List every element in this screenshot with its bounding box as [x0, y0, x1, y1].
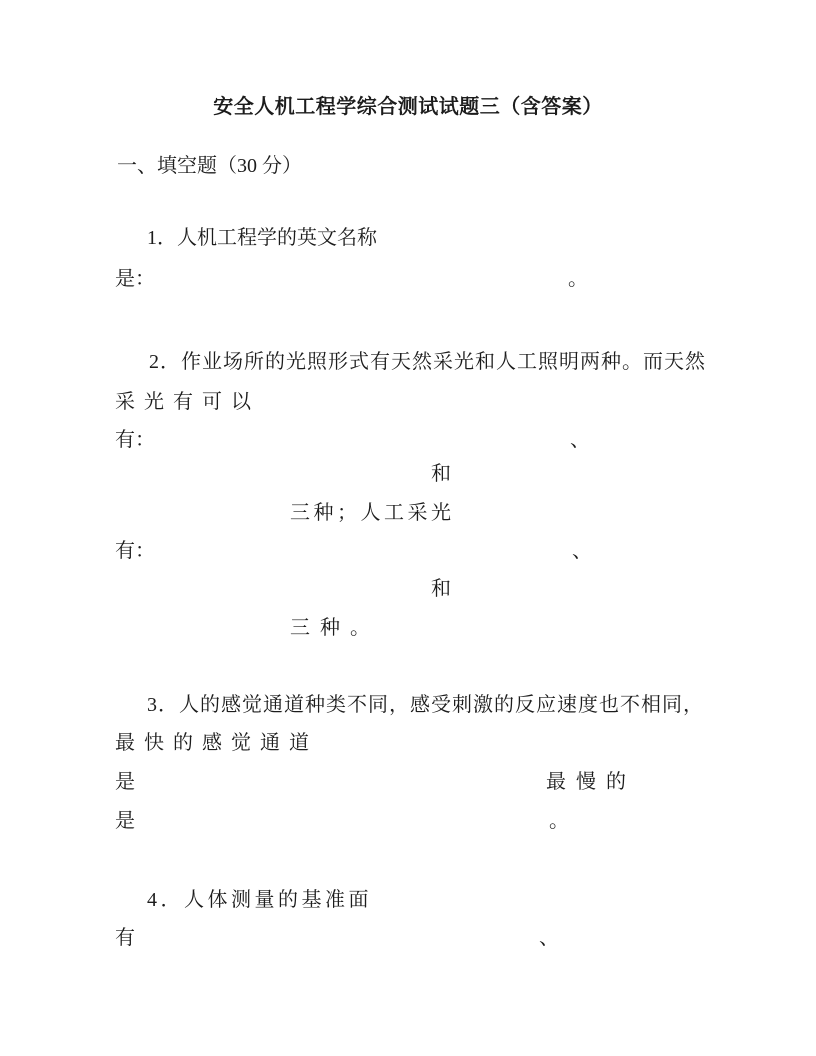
q3-fastest-tail: 最慢的	[546, 770, 636, 794]
q3-stem-line1: 3．人的感觉通道种类不同，感受刺激的反应速度也不相同，	[147, 693, 704, 717]
section-heading: 一、填空题（30 分）	[117, 154, 302, 178]
q4-answer-lead: 有	[115, 926, 135, 950]
q1-answer-end-punctuation: 。	[568, 267, 588, 291]
document-page: 安全人机工程学综合测试试题三（含答案） 一、填空题（30 分） 1．人机工程学的…	[0, 0, 816, 1056]
q2-natural-conjunction: 和	[431, 462, 451, 486]
q2-artificial-separator: 、	[572, 539, 592, 563]
q3-slowest-end-punctuation: 。	[549, 809, 569, 833]
q1-answer-lead: 是：	[115, 267, 155, 291]
q4-stem: 4．人体测量的基准面	[147, 888, 372, 912]
q3-fastest-lead: 是	[115, 770, 135, 794]
q2-natural-separator: 、	[570, 428, 590, 452]
q2-artificial-tail: 三种。	[290, 616, 380, 640]
q2-stem-line2: 采光有可以	[115, 390, 260, 414]
q3-stem-line2: 最快的感觉通道	[115, 731, 318, 755]
q3-slowest-lead: 是	[115, 809, 135, 833]
q1-stem: 1．人机工程学的英文名称	[147, 226, 377, 250]
q2-artificial-lead: 有：	[115, 539, 155, 563]
document-title: 安全人机工程学综合测试试题三（含答案）	[0, 95, 816, 119]
q2-artificial-conjunction: 和	[431, 577, 451, 601]
q2-stem-line1: 2．作业场所的光照形式有天然采光和人工照明两种。而天然	[149, 350, 706, 374]
q2-natural-tail: 三种；人工采光	[290, 501, 455, 525]
q2-natural-lead: 有：	[115, 428, 155, 452]
q4-answer-separator: 、	[539, 926, 559, 950]
